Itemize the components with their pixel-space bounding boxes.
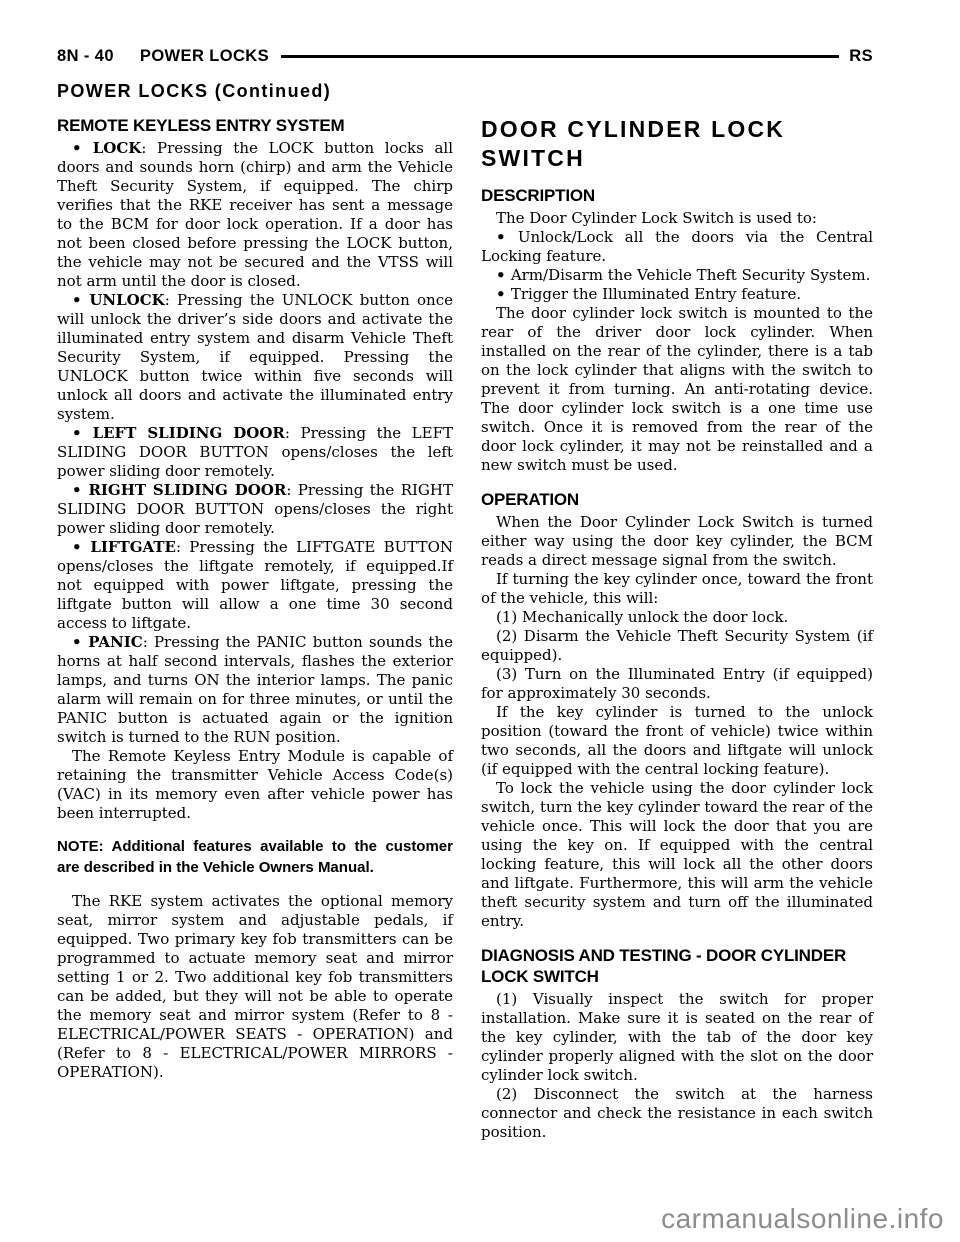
description-bullet-trigger: Trigger the Illuminated Entry feature. [481,285,873,304]
door-cylinder-lock-switch-title: DOOR CYLINDER LOCK SWITCH [481,115,821,173]
description-bullet-unlock-lock: Unlock/Lock all the doors via the Centra… [481,228,873,266]
manual-page: 8N - 40 POWER LOCKS RS POWER LOCKS (Cont… [57,47,873,1142]
rke-system-paragraph: The RKE system activates the optional me… [57,892,453,1082]
operation-step-1: (1) Mechanically unlock the door lock. [481,608,873,627]
header-section-title: POWER LOCKS [140,47,269,66]
bullet-left-sliding-door: LEFT SLIDING DOOR: Pressing the LEFT SLI… [57,424,453,481]
note-paragraph: NOTE: Additional features available to t… [57,837,453,878]
operation-paragraph-1: When the Door Cylinder Lock Switch is tu… [481,513,873,570]
operation-step-3: (3) Turn on the Illuminated Entry (if eq… [481,665,873,703]
description-heading: DESCRIPTION [481,185,873,206]
operation-heading: OPERATION [481,489,873,510]
description-bullet-arm-disarm: Arm/Disarm the Vehicle Theft Security Sy… [481,266,873,285]
diagnosis-step-2: (2) Disconnect the switch at the harness… [481,1085,873,1142]
bullet-unlock: UNLOCK: Pressing the UNLOCK button once … [57,291,453,424]
bullet-term-left-sliding-door: LEFT SLIDING DOOR [72,424,285,442]
operation-step-2: (2) Disarm the Vehicle Theft Security Sy… [481,627,873,665]
operation-paragraph-4: To lock the vehicle using the door cylin… [481,779,873,931]
page-columns: REMOTE KEYLESS ENTRY SYSTEM LOCK: Pressi… [57,115,873,1142]
bullet-term-unlock: UNLOCK [72,291,165,309]
diagnosis-heading: DIAGNOSIS AND TESTING - DOOR CYLINDER LO… [481,945,873,987]
page-header: 8N - 40 POWER LOCKS RS [57,47,873,66]
bullet-text-lock: : Pressing the LOCK button locks all doo… [57,139,453,290]
bullet-term-lock: LOCK [72,139,141,157]
bullet-term-right-sliding-door: RIGHT SLIDING DOOR [72,481,286,499]
header-rule-divider [281,55,839,58]
diagnosis-step-1: (1) Visually inspect the switch for prop… [481,990,873,1085]
bullet-term-liftgate: LIFTGATE [72,538,176,556]
right-column: DOOR CYLINDER LOCK SWITCH DESCRIPTION Th… [481,115,873,1142]
page-code: 8N - 40 [57,47,114,66]
description-paragraph: The door cylinder lock switch is mounted… [481,304,873,475]
bullet-term-panic: PANIC [72,633,143,651]
bullet-right-sliding-door: RIGHT SLIDING DOOR: Pressing the RIGHT S… [57,481,453,538]
operation-paragraph-3: If the key cylinder is turned to the unl… [481,703,873,779]
model-code: RS [849,47,873,66]
continued-title: POWER LOCKS (Continued) [57,81,873,102]
description-intro: The Door Cylinder Lock Switch is used to… [481,209,873,228]
left-column: REMOTE KEYLESS ENTRY SYSTEM LOCK: Pressi… [57,115,453,1142]
bullet-liftgate: LIFTGATE: Pressing the LIFTGATE BUTTON o… [57,538,453,633]
watermark: carmanualsonline.info [661,1203,944,1235]
remote-keyless-entry-heading: REMOTE KEYLESS ENTRY SYSTEM [57,115,453,136]
bullet-panic: PANIC: Pressing the PANIC button sounds … [57,633,453,747]
operation-paragraph-2: If turning the key cylinder once, toward… [481,570,873,608]
bullet-lock: LOCK: Pressing the LOCK button locks all… [57,139,453,291]
rke-module-paragraph: The Remote Keyless Entry Module is capab… [57,747,453,823]
bullet-text-unlock: : Pressing the UNLOCK button once will u… [57,291,453,423]
